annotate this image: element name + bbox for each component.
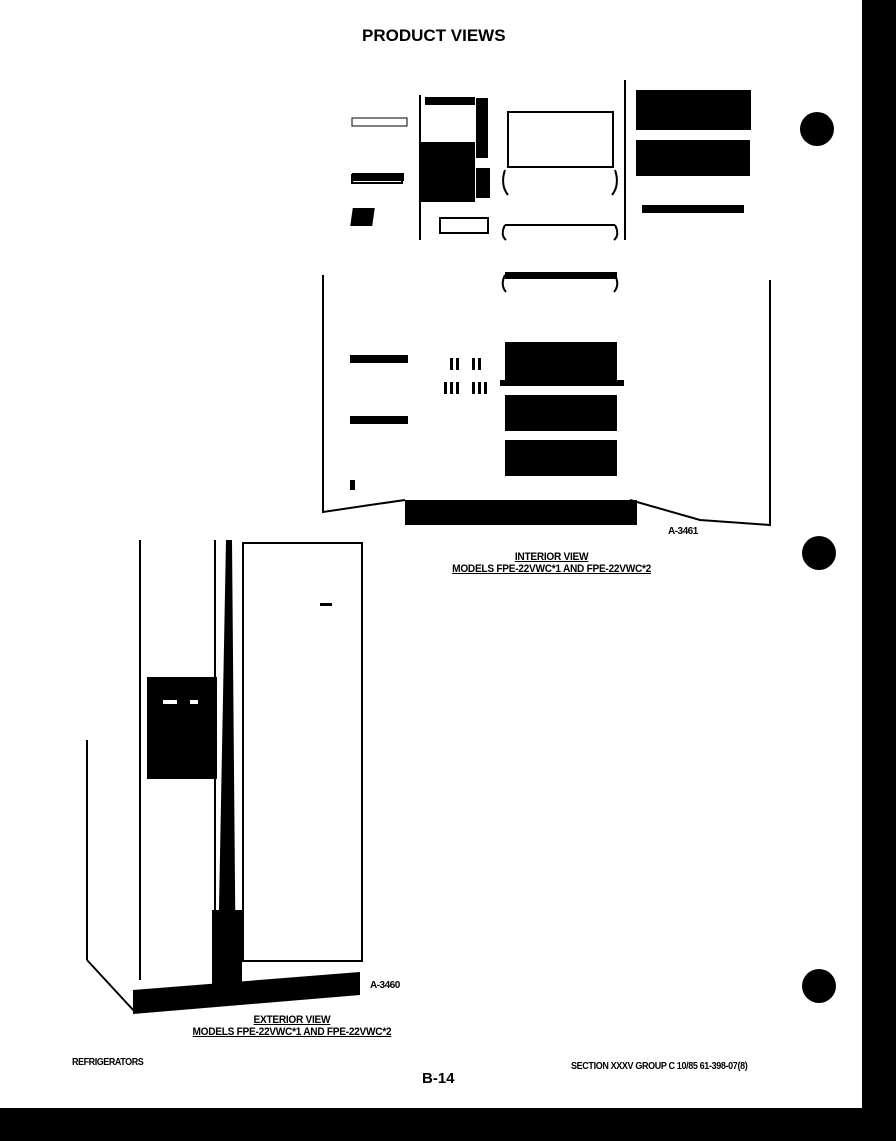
footer-section-name: REFRIGERATORS (72, 1057, 143, 1068)
interior-caption-title: INTERIOR VIEW (432, 551, 671, 563)
exterior-caption-title: EXTERIOR VIEW (170, 1014, 414, 1026)
exterior-figure-number: A-3460 (370, 980, 400, 991)
exterior-caption-models: MODELS FPE-22VWC*1 AND FPE-22VWC*2 (170, 1026, 414, 1038)
document-page: PRODUCT VIEWS (0, 0, 862, 1108)
interior-caption: INTERIOR VIEW MODELS FPE-22VWC*1 AND FPE… (432, 551, 671, 575)
interior-caption-models: MODELS FPE-22VWC*1 AND FPE-22VWC*2 (432, 563, 671, 575)
exterior-caption: EXTERIOR VIEW MODELS FPE-22VWC*1 AND FPE… (170, 1014, 414, 1038)
page-number: B-14 (422, 1070, 455, 1087)
footer-section-reference: SECTION XXXV GROUP C 10/85 61-398-07(8) (571, 1061, 747, 1072)
exterior-view-illustration (0, 0, 862, 1108)
interior-figure-number: A-3461 (668, 526, 698, 537)
